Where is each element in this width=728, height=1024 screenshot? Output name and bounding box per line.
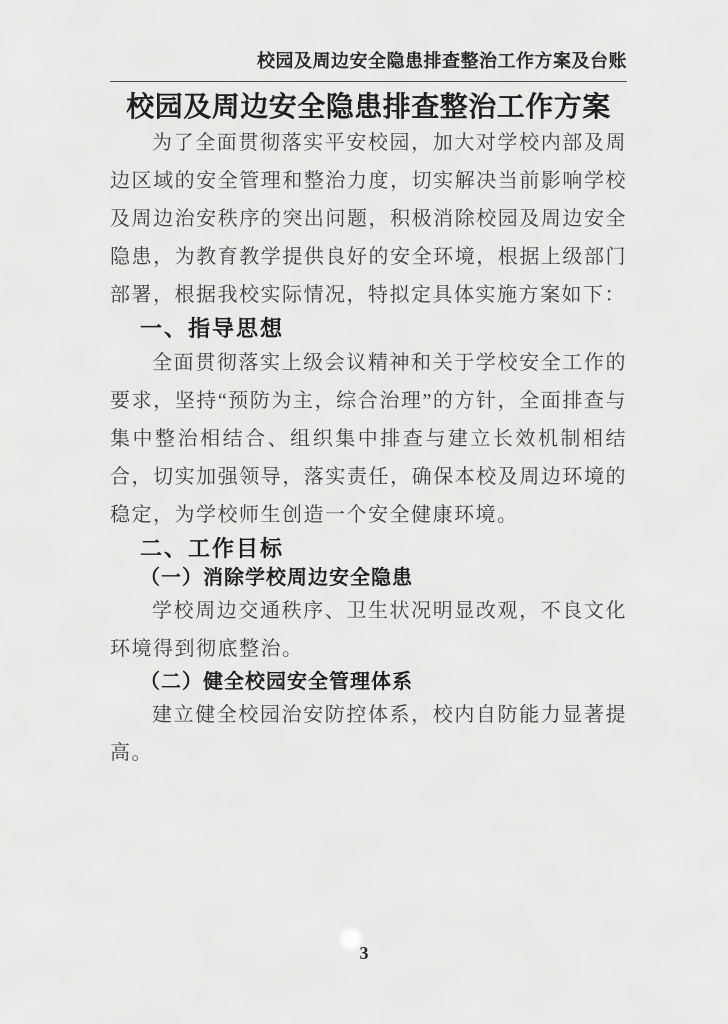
section-1-paragraph: 全面贯彻落实上级会议精神和关于学校安全工作的要求，坚持“预防为主，综合治理”的方… [110,344,627,534]
subsection-1-heading: （一）消除学校周边安全隐患 [140,564,627,592]
section-2-heading: 二、工作目标 [140,534,627,564]
section-1-heading: 一、指导思想 [140,314,627,344]
document-page: 校园及周边安全隐患排查整治工作方案及台账 校园及周边安全隐患排查整治工作方案 为… [0,0,728,1024]
intro-paragraph: 为了全面贯彻落实平安校园，加大对学校内部及周边区域的安全管理和整治力度，切实解决… [110,124,627,314]
subsection-2-paragraph: 建立健全校园治安防控体系，校内自防能力显著提高。 [110,696,627,772]
document-content: 校园及周边安全隐患排查整治工作方案及台账 校园及周边安全隐患排查整治工作方案 为… [0,47,728,772]
page-number: 3 [0,943,728,964]
header-rule [110,81,627,82]
subsection-1-paragraph: 学校周边交通秩序、卫生状况明显改观，不良文化环境得到彻底整治。 [110,592,627,668]
subsection-2-heading: （二）健全校园安全管理体系 [140,668,627,696]
running-header: 校园及周边安全隐患排查整治工作方案及台账 [110,47,627,73]
document-title: 校园及周边安全隐患排查整治工作方案 [110,91,627,124]
